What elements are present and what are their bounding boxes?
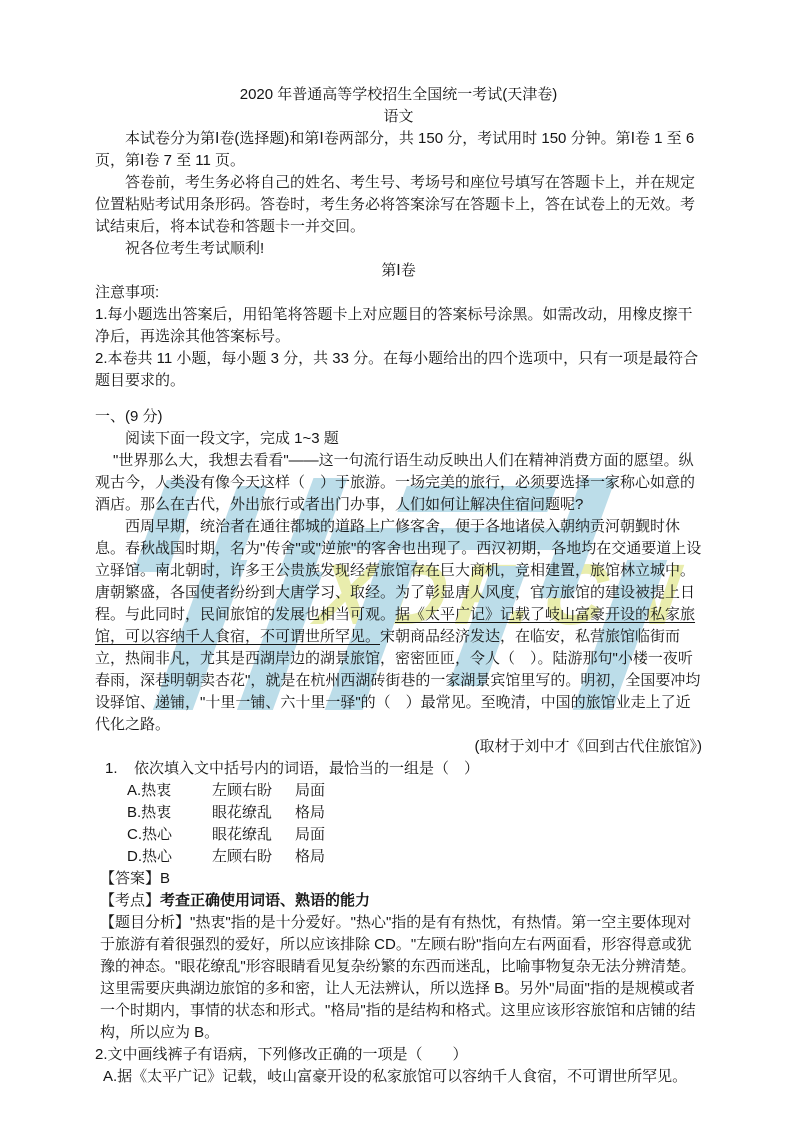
option-c-word2: 眼花缭乱 [212, 824, 295, 846]
option-b-word3: 格局 [295, 804, 325, 821]
option-row-a: A.热衷左顾右盼局面 [95, 780, 702, 802]
question-2: 2.文中画线裤子有语病，下列修改正确的一项是（ ） [95, 1044, 702, 1066]
option-a-label: A.热衷 [127, 780, 212, 802]
section-1-title: 第Ⅰ卷 [95, 260, 702, 282]
passage-paragraph-2: 西周早期，统治者在通往都城的道路上广修客舍，便于各地诸侯入朝纳贡河朝觐时休息。春… [95, 516, 702, 736]
option-b-word2: 眼花缭乱 [212, 802, 295, 824]
part-1-heading: 一、(9 分) [95, 406, 702, 428]
reading-instruction: 阅读下面一段文字，完成 1~3 题 [95, 428, 702, 450]
question-1-text: 依次填入文中括号内的词语，最恰当的一组是（ ） [134, 760, 479, 777]
question-1: 1.依次填入文中括号内的词语，最恰当的一组是（ ） [95, 758, 702, 780]
exam-subject: 语文 [95, 106, 702, 128]
option-b-label: B.热衷 [127, 802, 212, 824]
passage-paragraph-1: "世界那么大，我想去看看"——这一句流行语生动反映出人们在精神消费方面的愿望。纵… [95, 450, 702, 516]
intro-paragraph-2: 答卷前，考生务必将自己的姓名、考生号、考场号和座位号填写在答题卡上，并在规定位置… [95, 172, 702, 238]
key-point-line: 【考点】考查正确使用词语、熟语的能力 [95, 890, 702, 912]
exam-document-page: XDF.CN 2020 年普通高等学校招生全国统一考试(天津卷) 语文 本试卷分… [0, 0, 793, 1122]
option-row-d: D.热心左顾右盼格局 [95, 846, 702, 868]
option-d-word3: 格局 [295, 848, 325, 865]
option-d-word2: 左顾右盼 [212, 846, 295, 868]
option-a-word2: 左顾右盼 [212, 780, 295, 802]
key-point-text: 考查正确使用词语、熟语的能力 [160, 892, 370, 909]
passage-source: (取材于刘中才《回到古代住旅馆》) [95, 736, 702, 758]
answer-label: 【答案】 [100, 870, 160, 887]
analysis-paragraph: 【题目分析】"热衷"指的是十分爱好。"热心"指的是有有热忱，有热情。第一空主要体… [95, 912, 702, 1044]
notes-heading: 注意事项: [95, 282, 702, 304]
answer-line: 【答案】B [95, 868, 702, 890]
note-1: 1.每小题选出答案后，用铅笔将答题卡上对应题目的答案标号涂黑。如需改动，用橡皮擦… [95, 304, 702, 348]
key-point-label: 【考点】 [100, 892, 160, 909]
document-content: 2020 年普通高等学校招生全国统一考试(天津卷) 语文 本试卷分为第Ⅰ卷(选择… [95, 84, 702, 1088]
question-1-number: 1. [105, 758, 134, 780]
option-a-word3: 局面 [295, 782, 325, 799]
exam-title: 2020 年普通高等学校招生全国统一考试(天津卷) [95, 84, 702, 106]
note-2: 2.本卷共 11 小题，每小题 3 分，共 33 分。在每小题给出的四个选项中，… [95, 348, 702, 392]
intro-paragraph-1: 本试卷分为第Ⅰ卷(选择题)和第Ⅰ卷两部分，共 150 分，考试用时 150 分钟… [95, 128, 702, 172]
option-c-label: C.热心 [127, 824, 212, 846]
answer-value: B [160, 870, 170, 887]
wish-line: 祝各位考生考试顺利! [95, 238, 702, 260]
option-d-label: D.热心 [127, 846, 212, 868]
option-row-b: B.热衷眼花缭乱格局 [95, 802, 702, 824]
question-2-option-a: A.据《太平广记》记载，岐山富豪开设的私家旅馆可以容纳千人食宿，不可谓世所罕见。 [95, 1066, 702, 1088]
option-row-c: C.热心眼花缭乱局面 [95, 824, 702, 846]
option-c-word3: 局面 [295, 826, 325, 843]
